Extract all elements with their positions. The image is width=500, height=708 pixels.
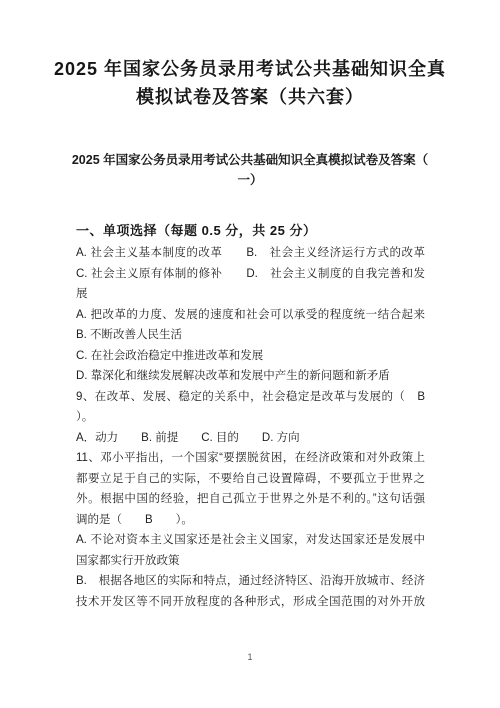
text-line: 调的是（ B ）。 bbox=[76, 510, 425, 531]
text-line: C. 在社会政治稳定中推进改革和发展 bbox=[76, 346, 425, 367]
subtitle-line-1: 2025 年国家公务员录用考试公共基础知识全真模拟试卷及答案（ bbox=[30, 150, 470, 170]
title-line-2: 模拟试卷及答案（共六套） bbox=[30, 83, 470, 111]
text-line: 技术开发区等不同开放程度的各种形式，形成全国范围的对外开放 bbox=[76, 592, 425, 613]
text-line: 外。根据中国的经验，把自己孤立于世界之外是不利的。”这句话强 bbox=[76, 489, 425, 510]
text-line: 9、在改革、发展、稳定的关系中，社会稳定是改革与发展的（ B bbox=[76, 387, 425, 408]
document-title: 2025 年国家公务员录用考试公共基础知识全真 模拟试卷及答案（共六套） bbox=[30, 55, 470, 111]
text-line: D. 靠深化和继续发展解决改革和发展中产生的新问题和新矛盾 bbox=[76, 366, 425, 387]
text-line: 国家都实行开放政策 bbox=[76, 551, 425, 572]
text-line: C. 社会主义原有体制的修补 D. 社会主义制度的自我完善和发 bbox=[76, 264, 425, 285]
section-heading: 一、单项选择（每题 0.5 分，共 25 分） bbox=[76, 221, 425, 241]
subtitle-line-2: 一） bbox=[30, 170, 470, 190]
text-line: 都要立足于自己的实际，不要给自己设置障碍，不要孤立于世界之 bbox=[76, 469, 425, 490]
paper-subtitle: 2025 年国家公务员录用考试公共基础知识全真模拟试卷及答案（ 一） bbox=[30, 150, 470, 190]
text-line: A. 把改革的力度、发展的速度和社会可以承受的程度统一结合起来 bbox=[76, 305, 425, 326]
text-line: B. 根据各地区的实际和特点，通过经济特区、沿海开放城市、经济 bbox=[76, 571, 425, 592]
title-line-1: 2025 年国家公务员录用考试公共基础知识全真 bbox=[30, 55, 470, 83]
text-line: A．动力 B. 前提 C. 目的 D. 方向 bbox=[76, 428, 425, 449]
text-line: A. 社会主义基本制度的改革 B. 社会主义经济运行方式的改革 bbox=[76, 243, 425, 264]
text-line: 11、邓小平指出，一个国家“要摆脱贫困，在经济政策和对外政策上 bbox=[76, 448, 425, 469]
document-page: 2025 年国家公务员录用考试公共基础知识全真 模拟试卷及答案（共六套） 202… bbox=[0, 0, 500, 708]
text-line: ）。 bbox=[76, 407, 425, 428]
text-line: B. 不断改善人民生活 bbox=[76, 325, 425, 346]
question-body: A. 社会主义基本制度的改革 B. 社会主义经济运行方式的改革C. 社会主义原有… bbox=[76, 243, 425, 612]
text-line: A. 不论对资本主义国家还是社会主义国家，对发达国家还是发展中 bbox=[76, 530, 425, 551]
text-line: 展 bbox=[76, 284, 425, 305]
page-number: 1 bbox=[0, 652, 500, 662]
